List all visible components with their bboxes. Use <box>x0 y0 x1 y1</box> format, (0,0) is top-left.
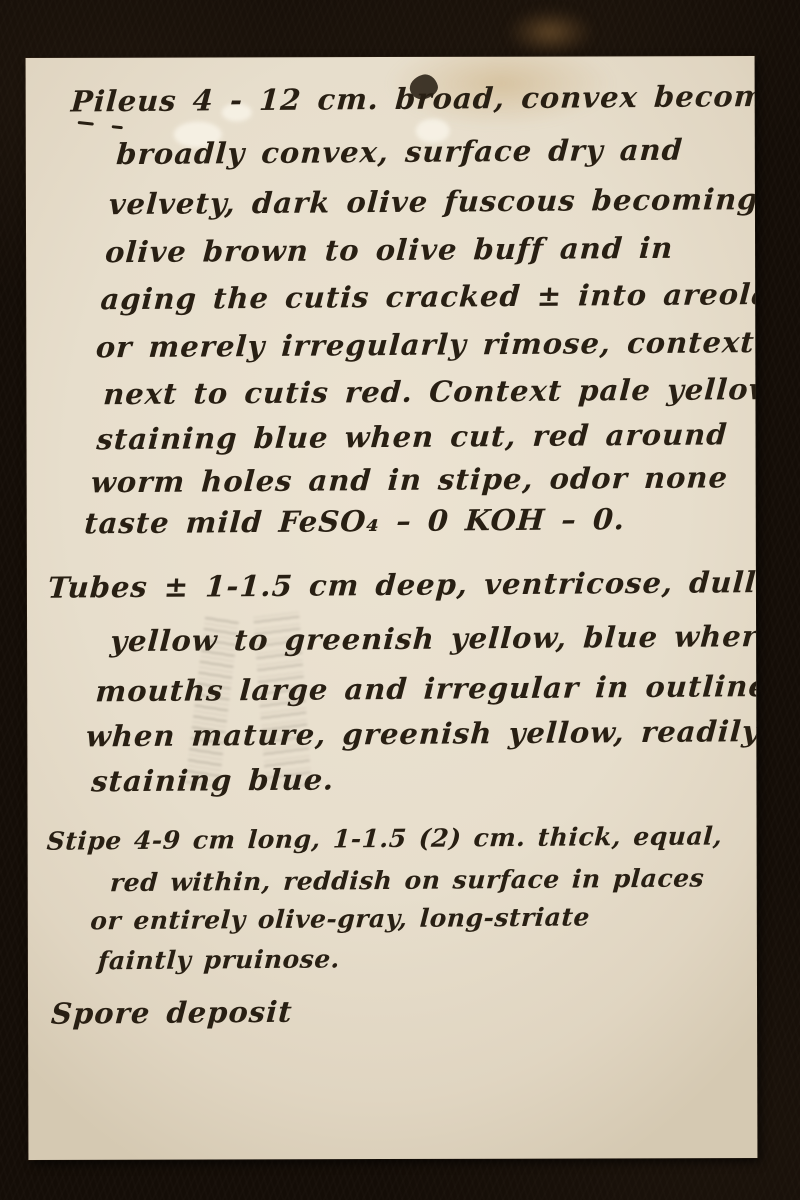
handwriting-line-stipe: Stipe 4-9 cm long, 1-1.5 (2) cm. thick, … <box>46 821 723 855</box>
handwriting-line: staining blue when cut, red around <box>96 417 729 456</box>
handwriting-line: or merely irregularly rimose, context <box>95 325 756 364</box>
photo-background: Pileus 4 - 12 cm. broad, convex becoming… <box>0 0 800 1200</box>
background-stain <box>505 8 595 56</box>
handwriting-line: worm holes and in stipe, odor none <box>90 460 729 499</box>
handwriting-line: faintly pruinose. <box>97 944 341 975</box>
handwriting-line: olive brown to olive buff and in <box>104 231 674 269</box>
handwriting-line: when mature, greenish yellow, readily <box>85 714 757 753</box>
handwriting-line: yellow to greenish yellow, blue where cu… <box>109 618 757 658</box>
handwriting-line: aging the cutis cracked ± into areolae <box>100 277 758 316</box>
handwriting-line: mouths large and irregular in outline <box>95 669 758 708</box>
handwriting-line: velvety, dark olive fuscous becoming <box>108 182 758 221</box>
handwriting-line-chemical-tests: taste mild FeSO₄ – 0 KOH – 0. <box>83 502 626 540</box>
handwriting-line: staining blue. <box>90 762 335 798</box>
note-card: Pileus 4 - 12 cm. broad, convex becoming… <box>26 56 758 1160</box>
handwriting-line-tubes: Tubes ± 1-1.5 cm deep, ventricose, dull <box>47 565 758 605</box>
handwriting-line-pileus: Pileus 4 - 12 cm. broad, convex becoming <box>70 79 757 119</box>
handwriting-line: broadly convex, surface dry and <box>115 133 684 171</box>
handwriting-line: red within, reddish on surface in places <box>109 864 705 898</box>
handwriting-line: next to cutis red. Context pale yellow, <box>102 372 757 411</box>
handwriting: Pileus 4 - 12 cm. broad, convex becoming… <box>26 56 758 1160</box>
handwriting-line: or entirely olive-gray, long-striate <box>90 902 591 935</box>
handwriting-line-spore-deposit: Spore deposit <box>50 995 294 1031</box>
